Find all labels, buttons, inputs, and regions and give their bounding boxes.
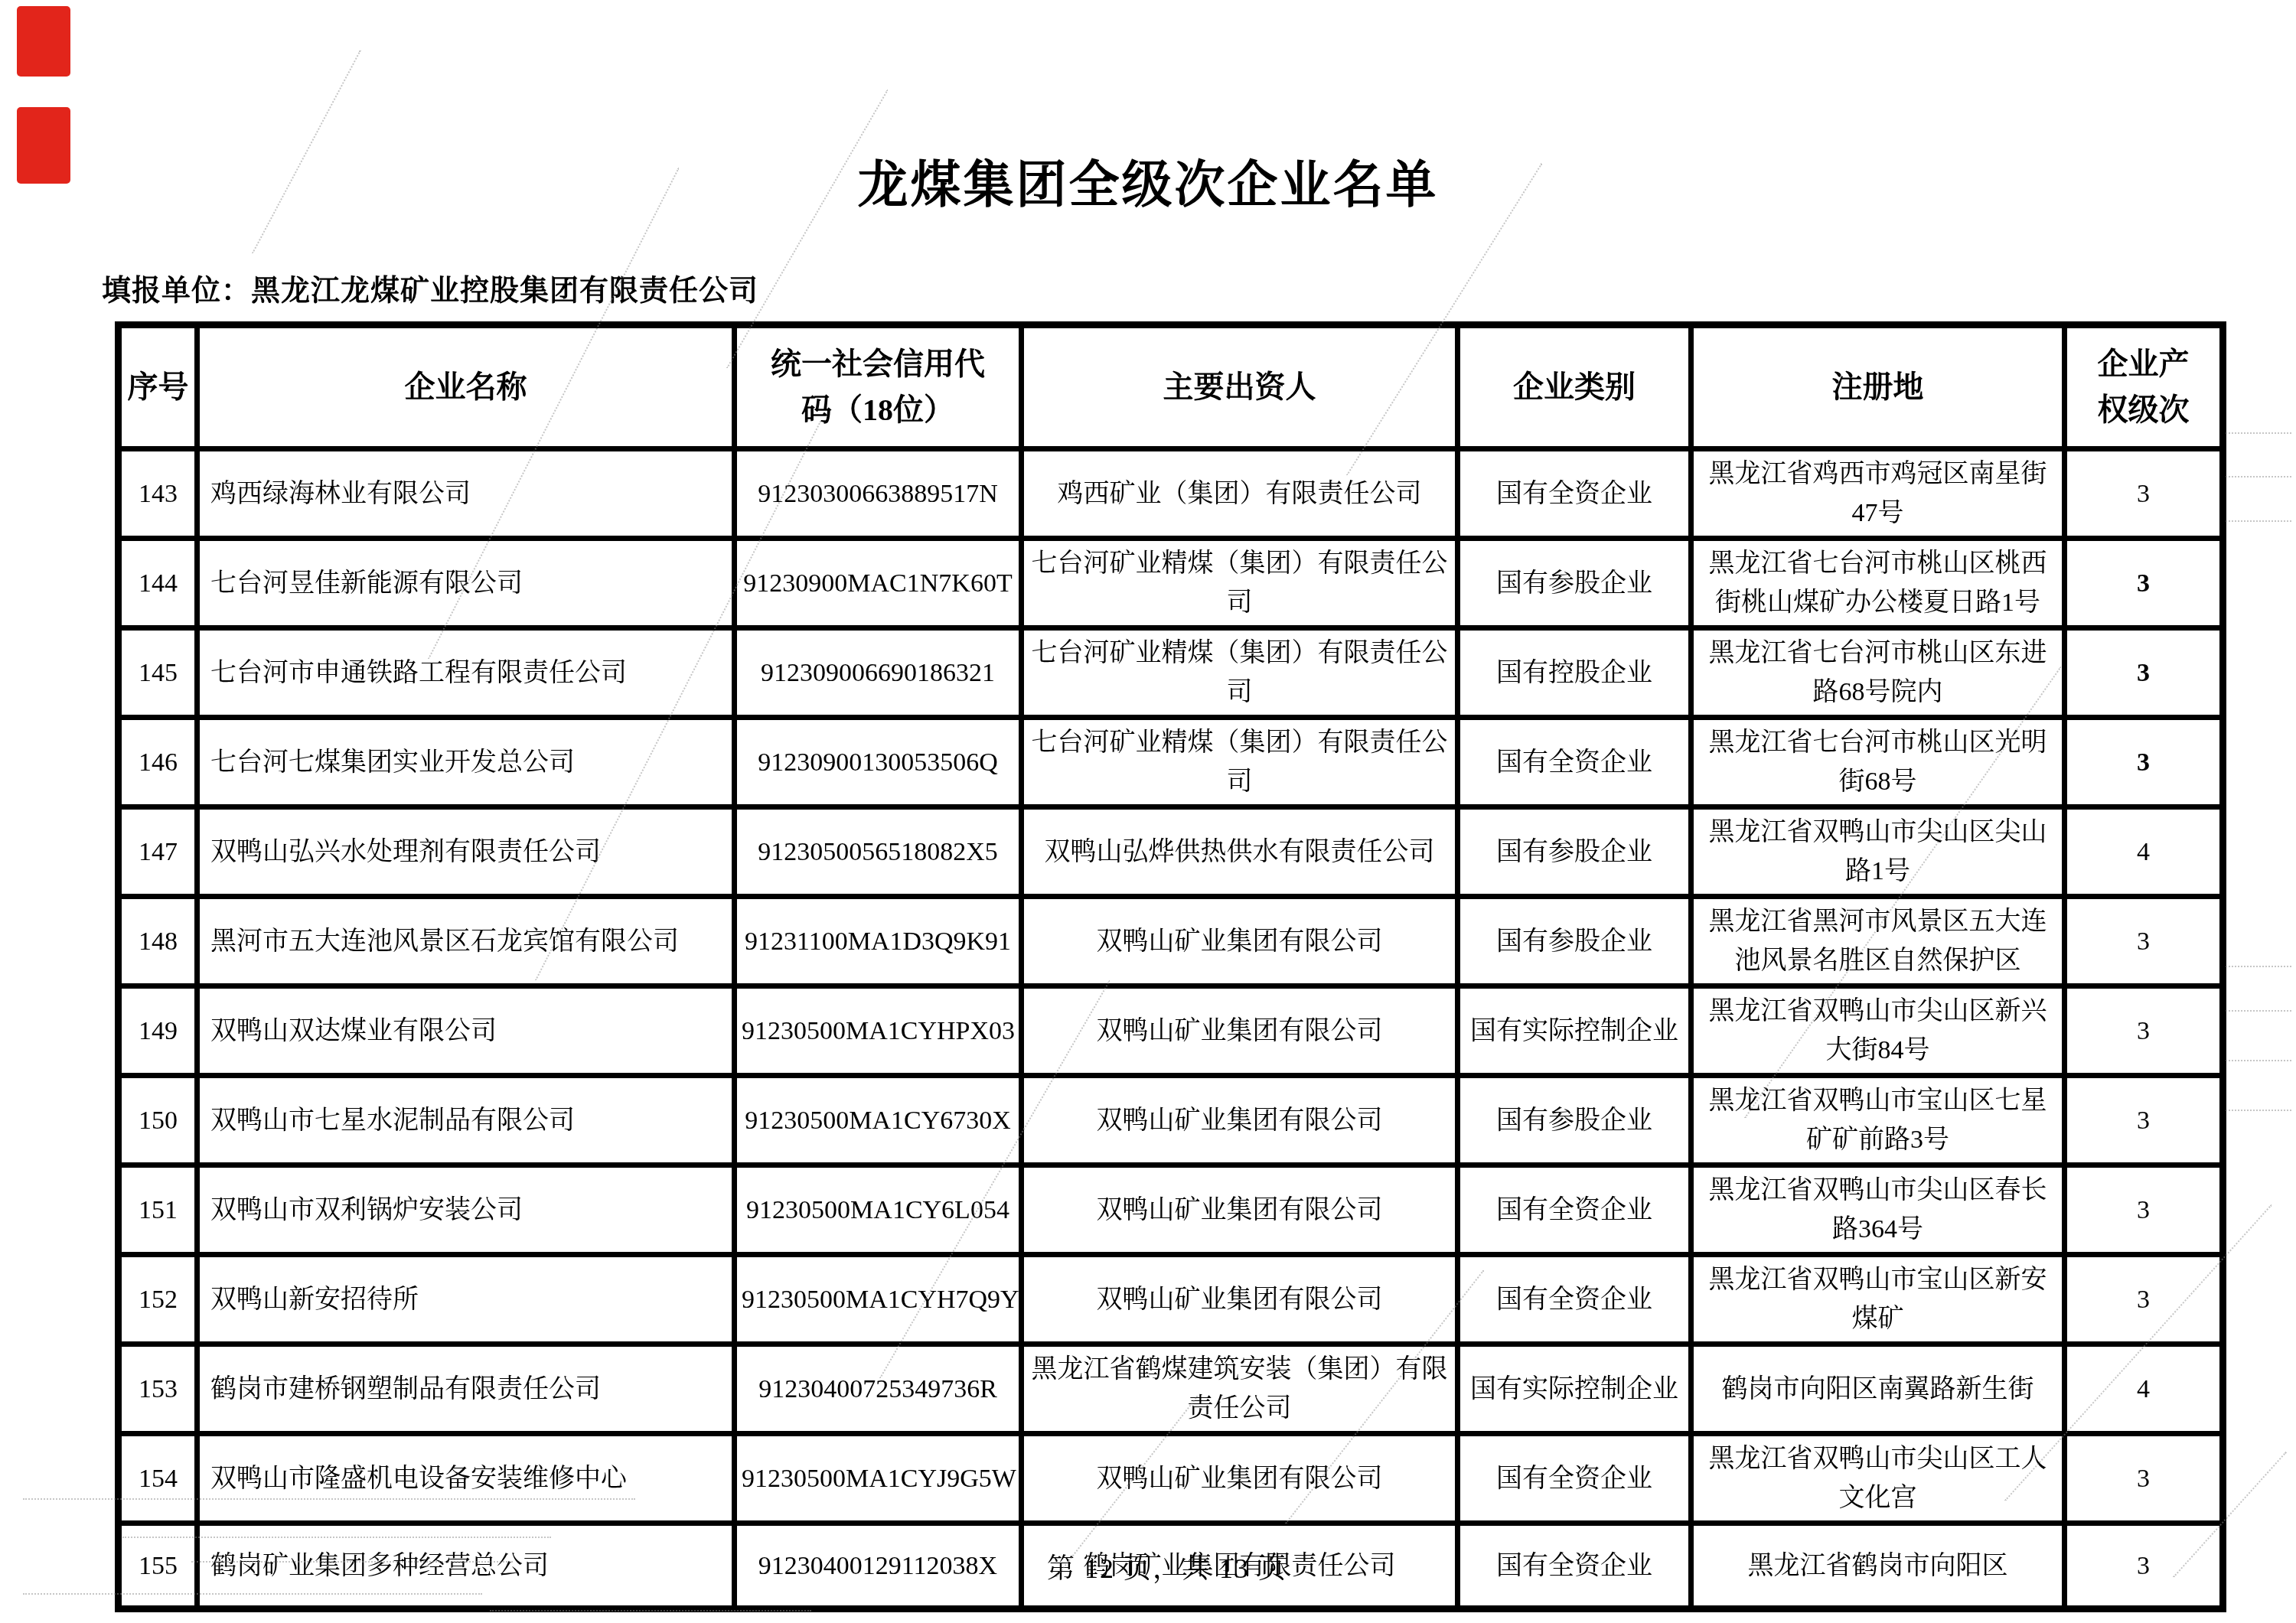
cell-registered-address: 鹤岗市向阳区南翼路新生街 xyxy=(1691,1344,2065,1434)
cell-company-category: 国有参股企业 xyxy=(1458,807,1691,897)
cell-equity-level: 4 xyxy=(2065,807,2223,897)
cell-registered-address: 黑龙江省黑河市风景区五大连 池风景名胜区自然保护区 xyxy=(1691,897,2065,986)
cell-serial-number: 149 xyxy=(119,986,197,1076)
scan-artifact-line xyxy=(2226,1060,2291,1061)
cell-credit-code: 91231100MA1D3Q9K91 xyxy=(735,897,1022,986)
cell-registered-address: 黑龙江省双鸭山市尖山区工人 文化宫 xyxy=(1691,1434,2065,1524)
table-header-row: 序号 企业名称 统一社会信用代 码（18位） 主要出资人 企业类别 注册地 企业… xyxy=(119,325,2223,449)
header-main-investor: 主要出资人 xyxy=(1022,325,1458,449)
cell-registered-address: 黑龙江省双鸭山市宝山区七星 矿矿前路3号 xyxy=(1691,1076,2065,1165)
cell-main-investor: 双鸭山弘烨供热供水有限责任公司 xyxy=(1022,807,1458,897)
cell-credit-code: 91230300663889517N xyxy=(735,449,1022,539)
cell-equity-level: 3 xyxy=(2065,986,2223,1076)
document-page: 龙煤集团全级次企业名单 填报单位：黑龙江龙煤矿业控股集团有限责任公司 序号 企业… xyxy=(0,0,2296,1623)
cell-equity-level: 3 xyxy=(2065,1076,2223,1165)
cell-registered-address: 黑龙江省七台河市桃山区东进 路68号院内 xyxy=(1691,628,2065,718)
scan-artifact-line xyxy=(2226,476,2291,477)
cell-serial-number: 143 xyxy=(119,449,197,539)
cell-company-category: 国有控股企业 xyxy=(1458,628,1691,718)
table-row: 153 鹤岗市建桥钢塑制品有限责任公司 91230400725349736R 黑… xyxy=(119,1344,2223,1434)
cell-company-name: 双鸭山市隆盛机电设备安装维修中心 xyxy=(197,1434,735,1524)
cell-company-name: 鹤岗市建桥钢塑制品有限责任公司 xyxy=(197,1344,735,1434)
cell-credit-code: 91230500MA1CYJ9G5W xyxy=(735,1434,1022,1524)
cell-company-name: 双鸭山市双利锅炉安装公司 xyxy=(197,1165,735,1255)
cell-serial-number: 153 xyxy=(119,1344,197,1434)
header-company-category: 企业类别 xyxy=(1458,325,1691,449)
cell-registered-address: 黑龙江省双鸭山市宝山区新安 煤矿 xyxy=(1691,1255,2065,1344)
cell-credit-code: 9123050056518082X5 xyxy=(735,807,1022,897)
scan-artifact-line xyxy=(2226,520,2291,522)
cell-company-category: 国有参股企业 xyxy=(1458,897,1691,986)
cell-equity-level: 3 xyxy=(2065,628,2223,718)
table-row: 143 鸡西绿海林业有限公司 91230300663889517N 鸡西矿业（集… xyxy=(119,449,2223,539)
cell-main-investor: 七台河矿业精煤（集团）有限责任公 司 xyxy=(1022,628,1458,718)
cell-registered-address: 黑龙江省七台河市桃山区桃西 街桃山煤矿办公楼夏日路1号 xyxy=(1691,539,2065,628)
table-row: 146 七台河七煤集团实业开发总公司 91230900130053506Q 七台… xyxy=(119,718,2223,807)
cell-credit-code: 91230500MA1CYH7Q9Y xyxy=(735,1255,1022,1344)
cell-serial-number: 152 xyxy=(119,1255,197,1344)
cell-serial-number: 147 xyxy=(119,807,197,897)
table-row: 151 双鸭山市双利锅炉安装公司 91230500MA1CY6L054 双鸭山矿… xyxy=(119,1165,2223,1255)
cell-company-category: 国有实际控制企业 xyxy=(1458,1344,1691,1434)
table-row: 152 双鸭山新安招待所 91230500MA1CYH7Q9Y 双鸭山矿业集团有… xyxy=(119,1255,2223,1344)
cell-serial-number: 148 xyxy=(119,897,197,986)
cell-company-category: 国有全资企业 xyxy=(1458,449,1691,539)
scan-artifact-line xyxy=(2226,966,2291,967)
cell-company-category: 国有参股企业 xyxy=(1458,539,1691,628)
cell-company-category: 国有参股企业 xyxy=(1458,1076,1691,1165)
cell-company-name: 七台河七煤集团实业开发总公司 xyxy=(197,718,735,807)
cell-main-investor: 双鸭山矿业集团有限公司 xyxy=(1022,986,1458,1076)
cell-registered-address: 黑龙江省鸡西市鸡冠区南星街 47号 xyxy=(1691,449,2065,539)
table-row: 150 双鸭山市七星水泥制品有限公司 91230500MA1CY6730X 双鸭… xyxy=(119,1076,2223,1165)
header-equity-level: 企业产 权级次 xyxy=(2065,325,2223,449)
cell-credit-code: 91230500MA1CY6730X xyxy=(735,1076,1022,1165)
cell-equity-level: 4 xyxy=(2065,1344,2223,1434)
cell-company-category: 国有实际控制企业 xyxy=(1458,986,1691,1076)
cell-main-investor: 鸡西矿业（集团）有限责任公司 xyxy=(1022,449,1458,539)
cell-company-name: 双鸭山市七星水泥制品有限公司 xyxy=(197,1076,735,1165)
cell-serial-number: 145 xyxy=(119,628,197,718)
cell-company-name: 双鸭山双达煤业有限公司 xyxy=(197,986,735,1076)
table-row: 147 双鸭山弘兴水处理剂有限责任公司 9123050056518082X5 双… xyxy=(119,807,2223,897)
cell-serial-number: 144 xyxy=(119,539,197,628)
cell-main-investor: 黑龙江省鹤煤建筑安装（集团）有限 责任公司 xyxy=(1022,1344,1458,1434)
cell-company-name: 双鸭山新安招待所 xyxy=(197,1255,735,1344)
page-number: 第 12 页，共 13 页 xyxy=(115,1547,2219,1586)
cell-main-investor: 双鸭山矿业集团有限公司 xyxy=(1022,1076,1458,1165)
header-company-name: 企业名称 xyxy=(197,325,735,449)
cell-equity-level: 3 xyxy=(2065,1255,2223,1344)
cell-company-name: 鸡西绿海林业有限公司 xyxy=(197,449,735,539)
scan-artifact-line xyxy=(2226,432,2291,434)
cell-equity-level: 3 xyxy=(2065,449,2223,539)
cell-company-category: 国有全资企业 xyxy=(1458,1434,1691,1524)
header-registered-address: 注册地 xyxy=(1691,325,2065,449)
table-row: 145 七台河市申通铁路工程有限责任公司 912309006690186321 … xyxy=(119,628,2223,718)
reporting-unit-label: 填报单位：黑龙江龙煤矿业控股集团有限责任公司 xyxy=(102,266,758,308)
cell-equity-level: 3 xyxy=(2065,897,2223,986)
cell-main-investor: 七台河矿业精煤（集团）有限责任公 司 xyxy=(1022,718,1458,807)
cell-main-investor: 双鸭山矿业集团有限公司 xyxy=(1022,1255,1458,1344)
cell-main-investor: 双鸭山矿业集团有限公司 xyxy=(1022,1165,1458,1255)
cell-main-investor: 双鸭山矿业集团有限公司 xyxy=(1022,897,1458,986)
table-row: 148 黑河市五大连池风景区石龙宾馆有限公司 91231100MA1D3Q9K9… xyxy=(119,897,2223,986)
cell-equity-level: 3 xyxy=(2065,718,2223,807)
cell-registered-address: 黑龙江省七台河市桃山区光明 街68号 xyxy=(1691,718,2065,807)
cell-registered-address: 黑龙江省双鸭山市尖山区新兴 大街84号 xyxy=(1691,986,2065,1076)
cell-serial-number: 151 xyxy=(119,1165,197,1255)
scan-artifact-line xyxy=(2226,1110,2291,1111)
cell-company-name: 七台河昱佳新能源有限公司 xyxy=(197,539,735,628)
page-title: 龙煤集团全级次企业名单 xyxy=(0,144,2296,217)
cell-credit-code: 91230500MA1CY6L054 xyxy=(735,1165,1022,1255)
header-credit-code: 统一社会信用代 码（18位） xyxy=(735,325,1022,449)
cell-registered-address: 黑龙江省双鸭山市尖山区尖山 路1号 xyxy=(1691,807,2065,897)
table-row: 154 双鸭山市隆盛机电设备安装维修中心 91230500MA1CYJ9G5W … xyxy=(119,1434,2223,1524)
table-row: 144 七台河昱佳新能源有限公司 91230900MAC1N7K60T 七台河矿… xyxy=(119,539,2223,628)
cell-credit-code: 91230500MA1CYHPX03 xyxy=(735,986,1022,1076)
cell-serial-number: 150 xyxy=(119,1076,197,1165)
cell-equity-level: 3 xyxy=(2065,1434,2223,1524)
cell-company-category: 国有全资企业 xyxy=(1458,718,1691,807)
cell-serial-number: 154 xyxy=(119,1434,197,1524)
cell-company-name: 黑河市五大连池风景区石龙宾馆有限公司 xyxy=(197,897,735,986)
cell-company-name: 七台河市申通铁路工程有限责任公司 xyxy=(197,628,735,718)
cell-company-category: 国有全资企业 xyxy=(1458,1255,1691,1344)
table-row: 149 双鸭山双达煤业有限公司 91230500MA1CYHPX03 双鸭山矿业… xyxy=(119,986,2223,1076)
cell-main-investor: 双鸭山矿业集团有限公司 xyxy=(1022,1434,1458,1524)
cell-equity-level: 3 xyxy=(2065,1165,2223,1255)
cell-company-name: 双鸭山弘兴水处理剂有限责任公司 xyxy=(197,807,735,897)
red-stamp-mark-1 xyxy=(17,6,70,77)
cell-credit-code: 91230900MAC1N7K60T xyxy=(735,539,1022,628)
company-list-table: 序号 企业名称 统一社会信用代 码（18位） 主要出资人 企业类别 注册地 企业… xyxy=(115,321,2226,1612)
cell-equity-level: 3 xyxy=(2065,539,2223,628)
cell-main-investor: 七台河矿业精煤（集团）有限责任公 司 xyxy=(1022,539,1458,628)
header-serial-number: 序号 xyxy=(119,325,197,449)
cell-credit-code: 91230900130053506Q xyxy=(735,718,1022,807)
cell-credit-code: 912309006690186321 xyxy=(735,628,1022,718)
cell-credit-code: 91230400725349736R xyxy=(735,1344,1022,1434)
cell-serial-number: 146 xyxy=(119,718,197,807)
cell-company-category: 国有全资企业 xyxy=(1458,1165,1691,1255)
scan-artifact-line xyxy=(2226,1010,2291,1012)
cell-registered-address: 黑龙江省双鸭山市尖山区春长 路364号 xyxy=(1691,1165,2065,1255)
